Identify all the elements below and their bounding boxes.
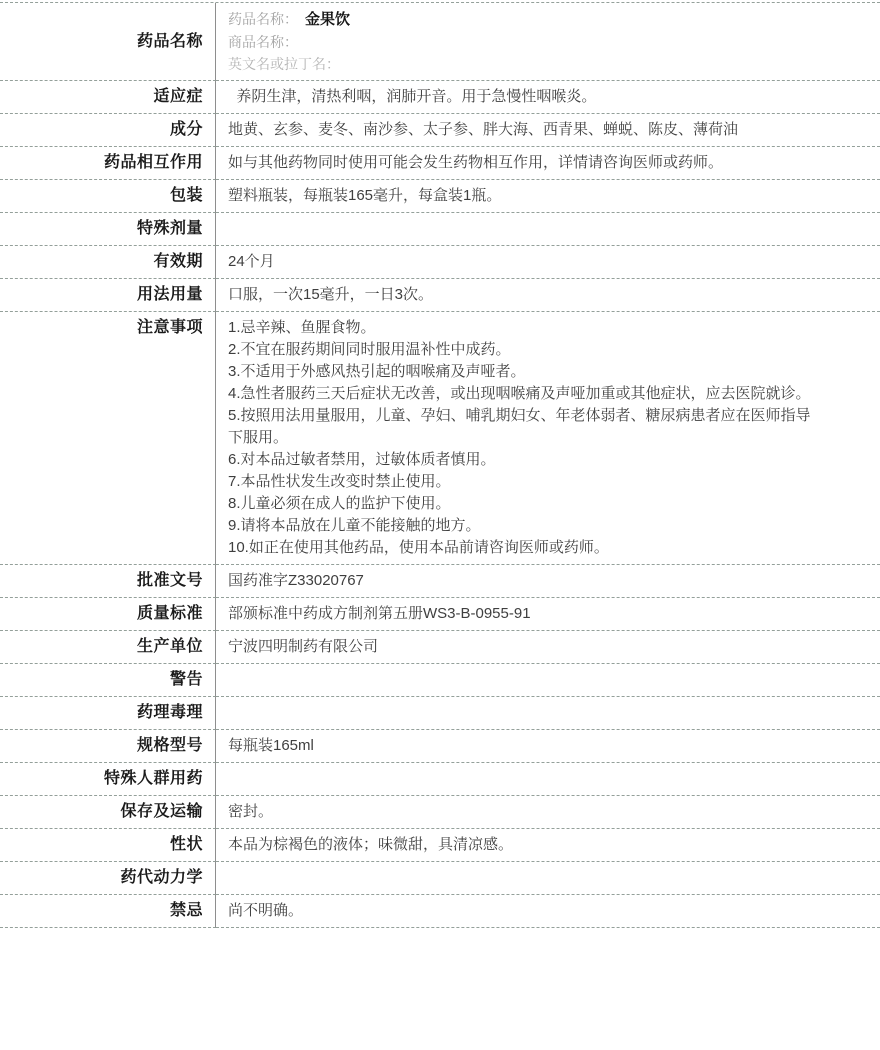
row-value: 24个月: [216, 246, 880, 279]
row-value: 国药准字Z33020767: [216, 565, 880, 598]
row-label: 生产单位: [0, 631, 216, 664]
table-row: 规格型号 每瓶装165ml: [0, 730, 880, 763]
row-label: 特殊剂量: [0, 213, 216, 246]
row-label: 警告: [0, 664, 216, 697]
row-label: 禁忌: [0, 895, 216, 928]
table-row: 药理毒理: [0, 697, 880, 730]
row-value: [216, 697, 880, 730]
row-value-text: 口服，一次15毫升，一日3次。: [228, 284, 820, 306]
table-row: 药代动力学: [0, 862, 880, 895]
row-value: [216, 213, 880, 246]
row-value-text: 养阴生津，清热利咽，润肺开音。用于急慢性咽喉炎。: [228, 86, 820, 108]
row-value-text: 如与其他药物同时使用可能会发生药物相互作用，详情请咨询医师或药师。: [228, 152, 820, 174]
table-row: 有效期 24个月: [0, 246, 880, 279]
row-value-text: 部颁标准中药成方制剂第五册WS3-B-0955-91: [228, 603, 820, 625]
table-row: 注意事项 1.忌辛辣、鱼腥食物。 2.不宜在服药期间同时服用温补性中成药。 3.…: [0, 312, 880, 565]
table-row: 质量标准 部颁标准中药成方制剂第五册WS3-B-0955-91: [0, 598, 880, 631]
row-label: 药品名称: [0, 3, 216, 81]
row-label: 药品相互作用: [0, 147, 216, 180]
row-value: 口服，一次15毫升，一日3次。: [216, 279, 880, 312]
row-value: 本品为棕褐色的液体；味微甜，具清凉感。: [216, 829, 880, 862]
row-value: 养阴生津，清热利咽，润肺开音。用于急慢性咽喉炎。: [216, 81, 880, 114]
row-label: 包装: [0, 180, 216, 213]
row-value: [216, 763, 880, 796]
field-key: 药品名称：: [228, 11, 298, 27]
row-value: 地黄、玄参、麦冬、南沙参、太子参、胖大海、西青果、蝉蜕、陈皮、薄荷油: [216, 114, 880, 147]
row-value-text: 地黄、玄参、麦冬、南沙参、太子参、胖大海、西青果、蝉蜕、陈皮、薄荷油: [228, 119, 820, 141]
row-value-text: 密封。: [228, 801, 820, 823]
table-row: 包装 塑料瓶装，每瓶装165毫升，每盒装1瓶。: [0, 180, 880, 213]
row-value-text: 1.忌辛辣、鱼腥食物。 2.不宜在服药期间同时服用温补性中成药。 3.不适用于外…: [228, 317, 820, 559]
table-row: 保存及运输 密封。: [0, 796, 880, 829]
row-value: 1.忌辛辣、鱼腥食物。 2.不宜在服药期间同时服用温补性中成药。 3.不适用于外…: [216, 312, 880, 565]
row-value-text: 每瓶装165ml: [228, 735, 820, 757]
row-label: 批准文号: [0, 565, 216, 598]
table-row: 药品名称 药品名称：金果饮商品名称：英文名或拉丁名：: [0, 3, 880, 81]
table-row: 警告: [0, 664, 880, 697]
row-value: 每瓶装165ml: [216, 730, 880, 763]
row-label: 质量标准: [0, 598, 216, 631]
table-row: 特殊剂量: [0, 213, 880, 246]
table-row: 生产单位 宁波四明制药有限公司: [0, 631, 880, 664]
row-label: 用法用量: [0, 279, 216, 312]
table-row: 用法用量 口服，一次15毫升，一日3次。: [0, 279, 880, 312]
table-row: 特殊人群用药: [0, 763, 880, 796]
row-value-text: 本品为棕褐色的液体；味微甜，具清凉感。: [228, 834, 820, 856]
row-label: 特殊人群用药: [0, 763, 216, 796]
row-label: 性状: [0, 829, 216, 862]
row-label: 药代动力学: [0, 862, 216, 895]
table-row: 禁忌 尚不明确。: [0, 895, 880, 928]
row-value: 尚不明确。: [216, 895, 880, 928]
name-field-line: 药品名称：金果饮: [228, 8, 872, 31]
row-value-text: 24个月: [228, 251, 820, 273]
row-label: 保存及运输: [0, 796, 216, 829]
field-key: 商品名称：: [228, 34, 298, 50]
table-row: 成分 地黄、玄参、麦冬、南沙参、太子参、胖大海、西青果、蝉蜕、陈皮、薄荷油: [0, 114, 880, 147]
row-label: 成分: [0, 114, 216, 147]
field-key: 英文名或拉丁名：: [228, 56, 340, 72]
name-field-line: 商品名称：: [228, 31, 872, 53]
row-value: 如与其他药物同时使用可能会发生药物相互作用，详情请咨询医师或药师。: [216, 147, 880, 180]
name-field-line: 英文名或拉丁名：: [228, 53, 872, 75]
row-value: 塑料瓶装，每瓶装165毫升，每盒装1瓶。: [216, 180, 880, 213]
table-row: 批准文号 国药准字Z33020767: [0, 565, 880, 598]
row-label: 适应症: [0, 81, 216, 114]
row-value-text: 国药准字Z33020767: [228, 570, 820, 592]
row-label: 有效期: [0, 246, 216, 279]
row-value-text: 塑料瓶装，每瓶装165毫升，每盒装1瓶。: [228, 185, 820, 207]
row-value: 药品名称：金果饮商品名称：英文名或拉丁名：: [216, 3, 880, 81]
drug-info-table: 药品名称 药品名称：金果饮商品名称：英文名或拉丁名： 适应症 养阴生津，清热利咽…: [0, 2, 880, 928]
table-row: 性状 本品为棕褐色的液体；味微甜，具清凉感。: [0, 829, 880, 862]
row-label: 规格型号: [0, 730, 216, 763]
row-label: 注意事项: [0, 312, 216, 565]
row-value: [216, 862, 880, 895]
row-value: 部颁标准中药成方制剂第五册WS3-B-0955-91: [216, 598, 880, 631]
row-value-text: 宁波四明制药有限公司: [228, 636, 820, 658]
table-row: 药品相互作用 如与其他药物同时使用可能会发生药物相互作用，详情请咨询医师或药师。: [0, 147, 880, 180]
drug-name-value: 金果饮: [305, 11, 350, 28]
row-value: 密封。: [216, 796, 880, 829]
row-value: 宁波四明制药有限公司: [216, 631, 880, 664]
row-value-text: 尚不明确。: [228, 900, 820, 922]
row-label: 药理毒理: [0, 697, 216, 730]
table-row: 适应症 养阴生津，清热利咽，润肺开音。用于急慢性咽喉炎。: [0, 81, 880, 114]
row-value: [216, 664, 880, 697]
